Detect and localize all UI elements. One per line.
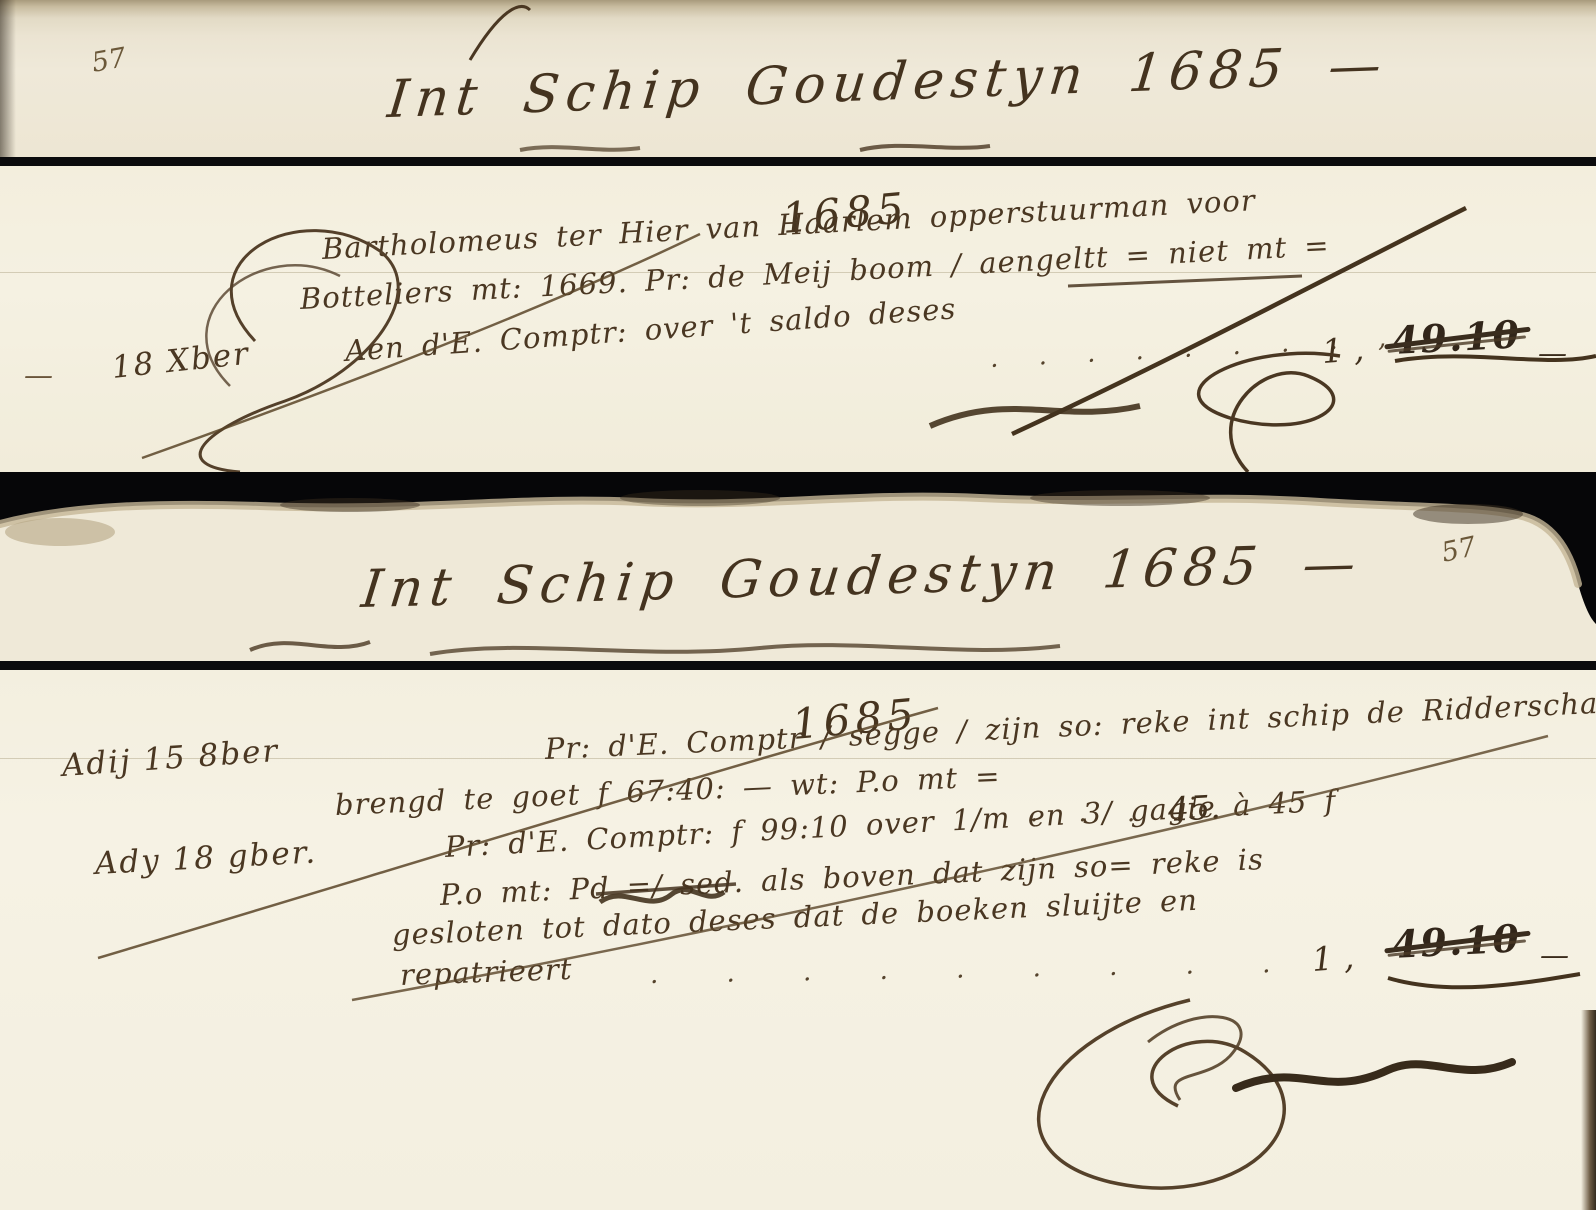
clipped-line-stroke: [430, 645, 1060, 654]
amount-prefix: 1 ,: [1321, 329, 1366, 371]
edge-stain: [1030, 490, 1210, 506]
page-strip-recto-top: 57 Int Schip Goudestyn 1685 —: [0, 0, 1596, 157]
paraph-flourish: [1388, 974, 1580, 987]
page-heading: Int Schip Goudestyn 1685 —: [385, 35, 1391, 130]
page-heading: Int Schip Goudestyn 1685 —: [359, 534, 1366, 620]
black-divider-line: [0, 157, 1596, 166]
folio-number: 57: [89, 42, 128, 78]
paraph-flourish: [1148, 1017, 1241, 1100]
clipped-line-stroke: [860, 146, 990, 150]
tail-dash: —: [1540, 938, 1570, 972]
amount-prefix: 1 ,: [1311, 937, 1356, 979]
paper-edge-shadow: [0, 0, 16, 157]
edge-stain: [1413, 504, 1523, 524]
paper-edge-shadow: [1581, 1010, 1596, 1210]
margin-dash: —: [24, 358, 54, 392]
page-strip-recto-body: 1685 Bartholomeus ter Hier van Haarlem o…: [0, 166, 1596, 472]
entry-date: Adij 15 8ber: [61, 733, 281, 784]
ascender-stroke: [470, 7, 530, 60]
clipped-line-stroke: [520, 147, 640, 150]
folio-number: 57: [1439, 531, 1479, 568]
page-strip-verso-top: 57 Int Schip Goudestyn 1685 —: [0, 472, 1596, 661]
page-strip-verso-body: 1685 Adij 15 8ber Pr: d'E. Comptr / segg…: [0, 670, 1596, 1210]
entry-text-line: repatrieert: [399, 952, 573, 992]
clipped-line-stroke: [250, 642, 370, 650]
leader-dots: . . . . . . . . .: [650, 949, 1301, 990]
entry-date: Ady 18 gber.: [94, 834, 318, 882]
paraph-flourish: [1039, 1000, 1285, 1188]
edge-stain: [620, 490, 780, 506]
struck-amount: 49.10: [1391, 311, 1522, 363]
black-divider-line: [0, 661, 1596, 670]
paraph-flourish: [1199, 353, 1340, 472]
entry-text-line: Pr: d'E. Comptr / segge / zijn so: reke …: [544, 677, 1596, 766]
tail-dash: —: [1538, 336, 1568, 370]
macron-stroke: [1068, 276, 1302, 286]
corner-curl: [5, 518, 115, 546]
paraph-flourish: [930, 406, 1140, 426]
manuscript-scan: 57 Int Schip Goudestyn 1685 — 1685 Barth…: [0, 0, 1596, 1210]
struck-amount: 49.10: [1391, 915, 1522, 967]
entry-date: 18 Xber: [110, 336, 251, 386]
edge-stain: [280, 498, 420, 512]
paraph-flourish: [1236, 1062, 1512, 1088]
